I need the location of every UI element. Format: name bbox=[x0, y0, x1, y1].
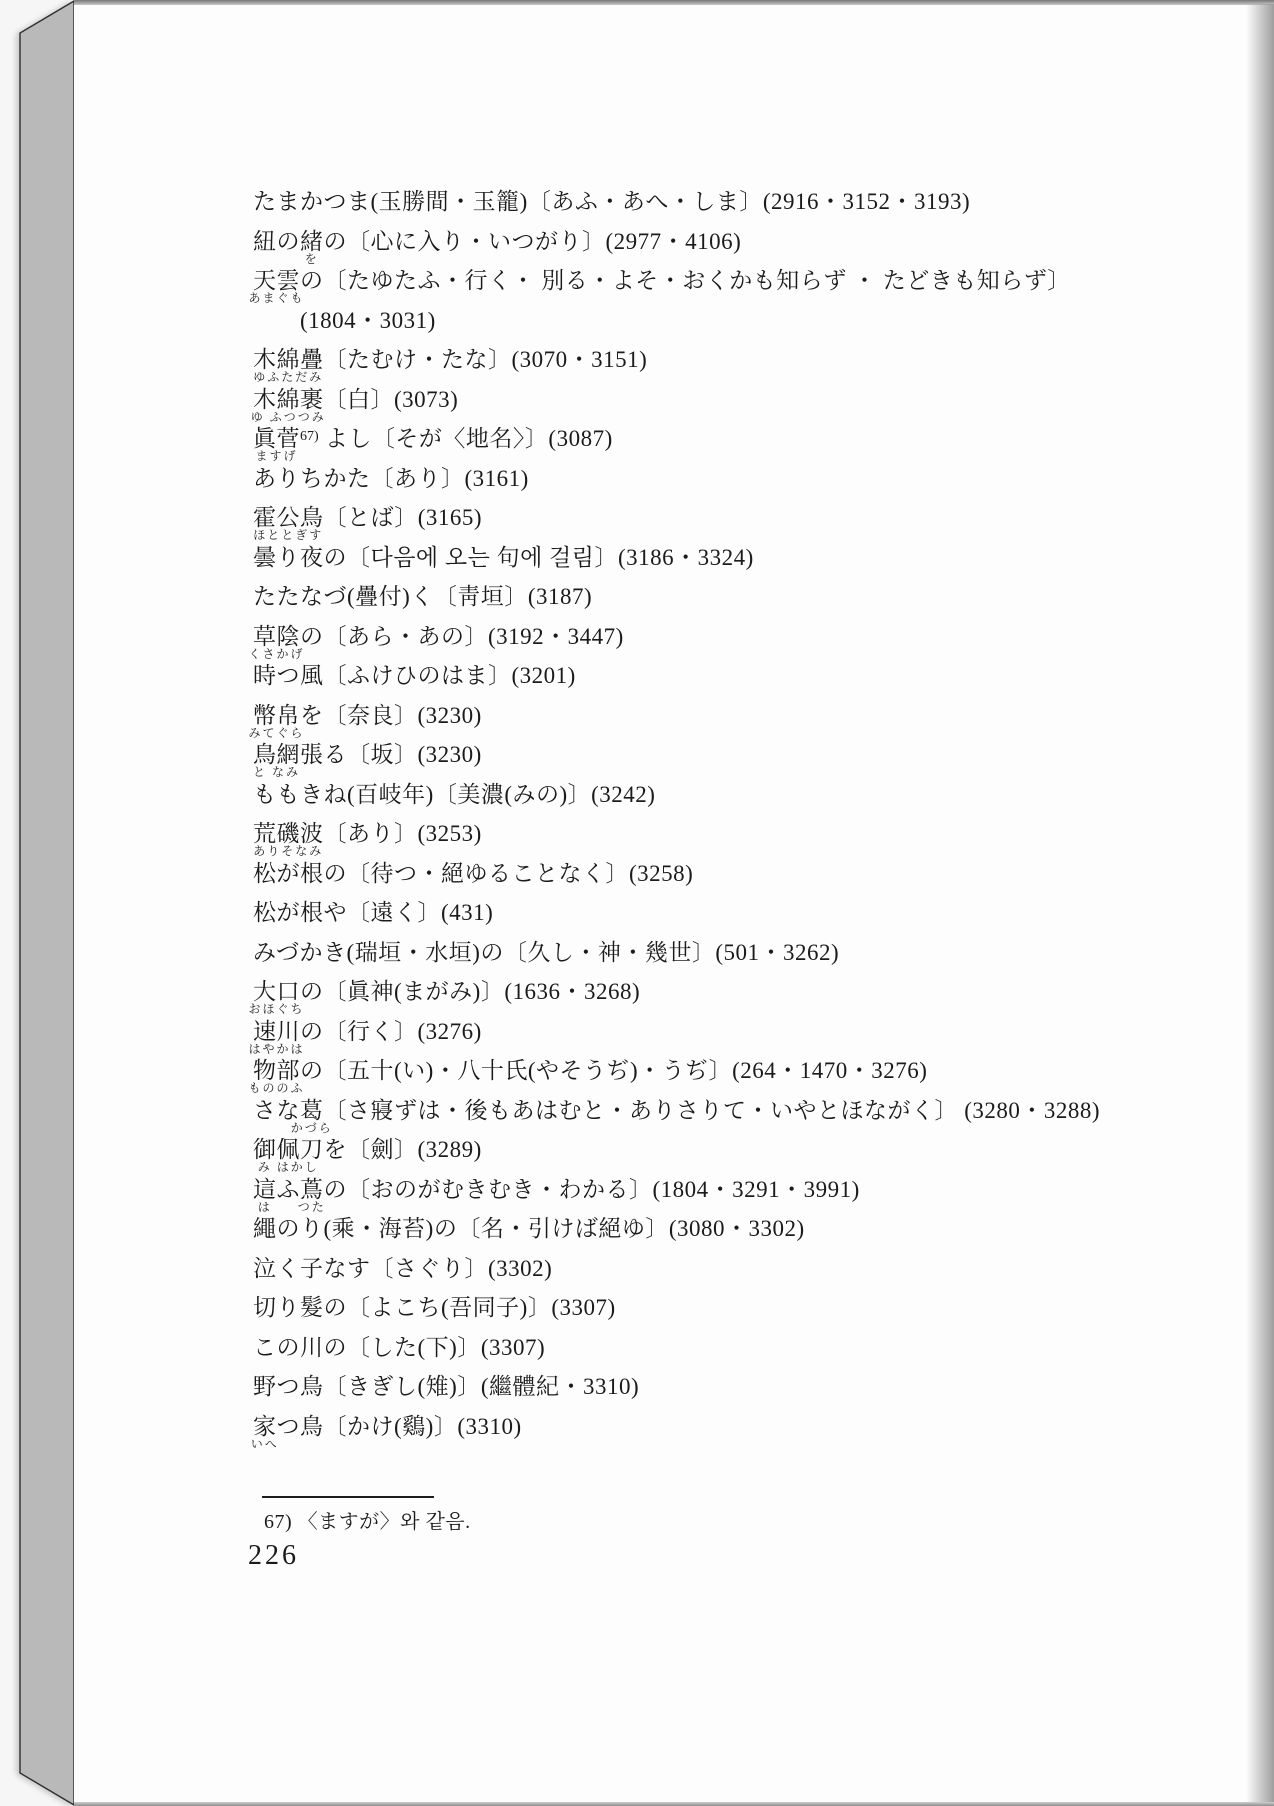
index-entry-7: ありちかた〔あり〕(3161) bbox=[253, 463, 1213, 503]
ruby-base: 大口おほぐち bbox=[253, 976, 300, 1008]
index-entry-31: 家いへつ鳥〔かけ(鷄)〕(3310) bbox=[253, 1411, 1213, 1451]
entry-text: 紐の bbox=[253, 229, 300, 254]
entry-text: ふ bbox=[277, 1177, 301, 1202]
ruby-base: 緒を bbox=[300, 226, 324, 258]
furigana: み はかし bbox=[258, 1161, 319, 1173]
entry-text: 松が根や〔遠く〕(431) bbox=[253, 900, 493, 925]
index-entry-6: 眞菅ますげ67) よし〔そが〈地名〉〕(3087) bbox=[253, 423, 1213, 463]
index-entry-8: 霍公鳥ほととぎす〔とば〕(3165) bbox=[253, 502, 1213, 542]
entry-text: 木綿疊 bbox=[253, 347, 324, 372]
entry-text: たまかつま(玉勝間・玉籠)〔あふ・あへ・しま〕(2916・3152・3193) bbox=[253, 189, 970, 214]
ruby-base: 眞菅ますげ bbox=[253, 423, 300, 455]
index-entry-4: 木綿疊ゆふただみ〔たむけ・たな〕(3070・3151) bbox=[253, 344, 1213, 384]
entry-text: 蔦 bbox=[300, 1177, 324, 1202]
footnote-ref: 67) bbox=[300, 429, 319, 444]
entry-text: 繩のり(乘・海苔)の〔名・引けば絕ゆ〕(3080・3302) bbox=[253, 1216, 805, 1241]
index-entry-20: 大口おほぐちの〔眞神(まがみ)〕(1636・3268) bbox=[253, 976, 1213, 1016]
index-entry-28: 切り髮の〔よこち(吾同子)〕(3307) bbox=[253, 1292, 1213, 1332]
ruby-base: 草陰くさかげ bbox=[253, 621, 300, 653]
entry-text: 葛 bbox=[300, 1098, 324, 1123]
entry-text: 〔たむけ・たな〕(3070・3151) bbox=[324, 347, 648, 372]
index-entry-15: ももきね(百岐年)〔美濃(みの)〕(3242) bbox=[253, 779, 1213, 819]
entry-text: 木綿裹 bbox=[253, 387, 324, 412]
book-spine-edge bbox=[0, 0, 80, 1806]
book-scene: たまかつま(玉勝間・玉籠)〔あふ・あへ・しま〕(2916・3152・3193)紐… bbox=[0, 0, 1274, 1806]
index-entry-17: 松が根の〔待つ・絕ゆることなく〕(3258) bbox=[253, 858, 1213, 898]
furigana: ますげ bbox=[255, 450, 297, 462]
furigana: はやかは bbox=[248, 1043, 304, 1055]
entry-text: 鳥網 bbox=[253, 742, 300, 767]
entry-text: 〔とば〕(3165) bbox=[324, 505, 483, 530]
ruby-base: 鳥網と なみ bbox=[253, 739, 300, 771]
index-entry-12: 時つ風〔ふけひのはま〕(3201) bbox=[253, 660, 1213, 700]
entry-text: 天雲 bbox=[253, 268, 300, 293]
footnote-text: 〈ますが〉와 같음. bbox=[298, 1511, 471, 1533]
entry-text: 速川 bbox=[253, 1019, 300, 1044]
furigana: を bbox=[305, 253, 319, 265]
index-entry-9: 曇り夜の〔다음에 오는 句에 걸림〕(3186・3324) bbox=[253, 542, 1213, 582]
ruby-base: 蔦つた bbox=[300, 1174, 324, 1206]
index-entry-1: たまかつま(玉勝間・玉籠)〔あふ・あへ・しま〕(2916・3152・3193) bbox=[253, 186, 1213, 226]
entry-text: 〔白〕(3073) bbox=[324, 387, 459, 412]
furigana: と なみ bbox=[253, 766, 300, 778]
entry-text: 這 bbox=[253, 1177, 277, 1202]
ruby-base: 這は bbox=[253, 1174, 277, 1206]
index-entry-18: 松が根や〔遠く〕(431) bbox=[253, 897, 1213, 937]
entry-text: 物部 bbox=[253, 1058, 300, 1083]
furigana: くさかげ bbox=[248, 648, 304, 660]
index-entry-24: 御佩刀み はかしを〔劍〕(3289) bbox=[253, 1134, 1213, 1174]
entry-text: 緒 bbox=[300, 229, 324, 254]
entry-text: の〔眞神(まがみ)〕(1636・3268) bbox=[300, 979, 640, 1004]
index-entry-19: みづかき(瑞垣・水垣)の〔久し・神・幾世〕(501・3262) bbox=[253, 937, 1213, 977]
index-entry-5: 木綿裹ゆ ふつつみ〔白〕(3073) bbox=[253, 384, 1213, 424]
entry-text: この川の〔した(下)〕(3307) bbox=[253, 1335, 545, 1360]
entry-text: の〔行く〕(3276) bbox=[300, 1019, 482, 1044]
entry-text: 野つ鳥〔きぎし(雉)〕(繼體紀・3310) bbox=[253, 1374, 639, 1399]
index-entry-2: 紐の緒をの〔心に入り・いつがり〕(2977・4106) bbox=[253, 226, 1213, 266]
ruby-base: 速川はやかは bbox=[253, 1016, 300, 1048]
entry-text: 〔あり〕(3253) bbox=[324, 821, 482, 846]
furigana: は bbox=[258, 1201, 272, 1213]
furigana: もののふ bbox=[248, 1082, 304, 1094]
entry-text: 松が根の〔待つ・絕ゆることなく〕(3258) bbox=[253, 861, 693, 886]
entry-text: ももきね(百岐年)〔美濃(みの)〕(3242) bbox=[253, 782, 655, 807]
entry-text: の〔たゆたふ・行く・ 別る・よそ・おくかも知らず ・ たどきも知らず〕 bbox=[300, 268, 1071, 293]
entry-text: 曇り夜の〔다음에 오는 句에 걸림〕(3186・3324) bbox=[253, 545, 754, 570]
furigana: いへ bbox=[251, 1438, 279, 1450]
index-entry-23: さな葛かづら〔さ寢ずは・後もあはむと・ありさりて・いやとほながく〕 (3280・… bbox=[253, 1095, 1213, 1135]
footnote-marker: 67) bbox=[264, 1511, 292, 1533]
index-entry-13: 幣帛みてぐらを〔奈良〕(3230) bbox=[253, 700, 1213, 740]
entry-text: よし〔そが〈地名〉〕(3087) bbox=[319, 426, 613, 451]
entry-text: 〔さ寢ずは・後もあはむと・ありさりて・いやとほながく〕 (3280・3288) bbox=[324, 1098, 1101, 1123]
furigana: ありそなみ bbox=[253, 845, 323, 857]
entry-text: の〔おのがむきむき・わかる〕(1804・3291・3991) bbox=[324, 1177, 860, 1202]
entry-text: ありちかた〔あり〕(3161) bbox=[253, 466, 529, 491]
index-entry-26: 繩のり(乘・海苔)の〔名・引けば絕ゆ〕(3080・3302) bbox=[253, 1213, 1213, 1253]
entry-text: 草陰 bbox=[253, 624, 300, 649]
index-entry-27: 泣く子なす〔さぐり〕(3302) bbox=[253, 1253, 1213, 1293]
footnote-rule bbox=[262, 1496, 434, 1498]
entry-text: 家 bbox=[253, 1414, 277, 1439]
ruby-base: 御佩刀み はかし bbox=[253, 1134, 324, 1166]
index-entry-14: 鳥網と なみ張る〔坂〕(3230) bbox=[253, 739, 1213, 779]
index-entry-30: 野つ鳥〔きぎし(雉)〕(繼體紀・3310) bbox=[253, 1371, 1213, 1411]
furigana: あまぐも bbox=[248, 292, 304, 304]
ruby-base: 霍公鳥ほととぎす bbox=[253, 502, 324, 534]
entry-text: 泣く子なす〔さぐり〕(3302) bbox=[253, 1256, 552, 1281]
index-entry-22: 物部もののふの〔五十(い)・八十氏(やそうぢ)・うぢ〕(264・1470・327… bbox=[253, 1055, 1213, 1095]
book-page: たまかつま(玉勝間・玉籠)〔あふ・あへ・しま〕(2916・3152・3193)紐… bbox=[74, 0, 1274, 1806]
entry-text: 大口 bbox=[253, 979, 300, 1004]
page-top-edge bbox=[74, 0, 1274, 5]
entry-text: 荒磯波 bbox=[253, 821, 324, 846]
furigana: ゆ ふつつみ bbox=[251, 411, 326, 423]
furigana: おほぐち bbox=[248, 1003, 304, 1015]
index-entry-list: たまかつま(玉勝間・玉籠)〔あふ・あへ・しま〕(2916・3152・3193)紐… bbox=[253, 186, 1213, 1450]
furigana: ほととぎす bbox=[253, 529, 323, 541]
entry-text: 霍公鳥 bbox=[253, 505, 324, 530]
index-entry-21: 速川はやかはの〔行く〕(3276) bbox=[253, 1016, 1213, 1056]
ruby-base: 物部もののふ bbox=[253, 1055, 300, 1087]
entry-text: さな bbox=[253, 1098, 300, 1123]
entry-text: 眞菅 bbox=[253, 426, 300, 451]
index-entry-16: 荒磯波ありそなみ〔あり〕(3253) bbox=[253, 818, 1213, 858]
index-entry-11: 草陰くさかげの〔あら・あの〕(3192・3447) bbox=[253, 621, 1213, 661]
index-entry-10: たたなづ(疊付)く〔靑垣〕(3187) bbox=[253, 581, 1213, 621]
ruby-base: 幣帛みてぐら bbox=[253, 700, 300, 732]
ruby-base: 天雲あまぐも bbox=[253, 265, 300, 297]
ruby-base: 木綿疊ゆふただみ bbox=[253, 344, 324, 376]
entry-text: たたなづ(疊付)く〔靑垣〕(3187) bbox=[253, 584, 592, 609]
entry-text: 御佩刀 bbox=[253, 1137, 324, 1162]
entry-text: の〔心に入り・いつがり〕(2977・4106) bbox=[324, 229, 742, 254]
furigana: みてぐら bbox=[248, 727, 304, 739]
furigana: ゆふただみ bbox=[253, 371, 323, 383]
entry-text: 張る〔坂〕(3230) bbox=[300, 742, 482, 767]
entry-text: の〔五十(い)・八十氏(やそうぢ)・うぢ〕(264・1470・3276) bbox=[300, 1058, 927, 1083]
entry-text: を〔劍〕(3289) bbox=[324, 1137, 482, 1162]
entry-text: の〔あら・あの〕(3192・3447) bbox=[300, 624, 624, 649]
furigana: かづら bbox=[291, 1122, 333, 1134]
entry-text: みづかき(瑞垣・水垣)の〔久し・神・幾世〕(501・3262) bbox=[253, 940, 839, 965]
entry-text: つ鳥〔かけ(鷄)〕(3310) bbox=[277, 1414, 522, 1439]
index-entry-29: この川の〔した(下)〕(3307) bbox=[253, 1332, 1213, 1372]
ruby-base: 木綿裹ゆ ふつつみ bbox=[253, 384, 324, 416]
page-number: 226 bbox=[248, 1540, 299, 1572]
ruby-base: 葛かづら bbox=[300, 1095, 324, 1127]
index-entry-3: 天雲あまぐもの〔たゆたふ・行く・ 別る・よそ・おくかも知らず ・ たどきも知らず… bbox=[253, 265, 1213, 305]
ruby-base: 家いへ bbox=[253, 1411, 277, 1443]
furigana: つた bbox=[298, 1201, 326, 1213]
entry-text: 時つ風〔ふけひのはま〕(3201) bbox=[253, 663, 576, 688]
page-bottom-edge bbox=[74, 1802, 1274, 1806]
index-entry-25: 這はふ蔦つたの〔おのがむきむき・わかる〕(1804・3291・3991) bbox=[253, 1174, 1213, 1214]
entry-text: を〔奈良〕(3230) bbox=[300, 703, 482, 728]
entry-text: 幣帛 bbox=[253, 703, 300, 728]
spine-polygon bbox=[20, 1, 74, 1805]
page-right-edge bbox=[1246, 4, 1274, 1802]
footnote: 67) 〈ますが〉와 같음. bbox=[264, 1505, 471, 1534]
index-entry-3-continuation: (1804・3031) bbox=[253, 305, 1213, 345]
ruby-base: 荒磯波ありそなみ bbox=[253, 818, 324, 850]
entry-text: 切り髮の〔よこち(吾同子)〕(3307) bbox=[253, 1295, 616, 1320]
